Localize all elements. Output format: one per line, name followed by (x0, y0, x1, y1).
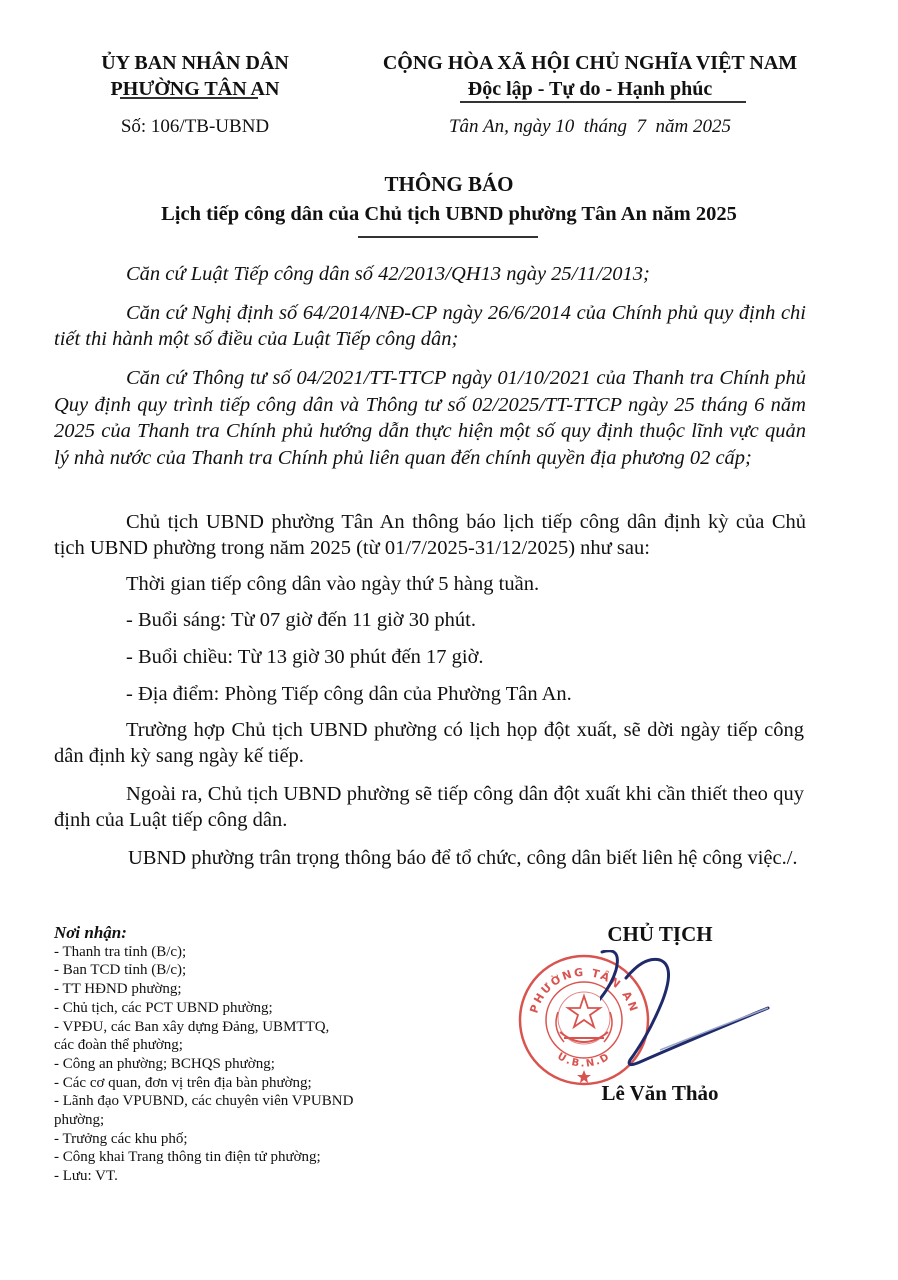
schedule-morning: - Buổi sáng: Từ 07 giờ đến 11 giờ 30 phú… (126, 608, 476, 632)
recipient-item: các đoàn thể phường; (54, 1036, 454, 1055)
schedule-location: - Địa điểm: Phòng Tiếp công dân của Phườ… (126, 682, 572, 706)
announcement-text: Chủ tịch UBND phường Tân An thông báo lị… (54, 509, 806, 561)
recipient-item: - TT HĐND phường; (54, 980, 454, 999)
schedule-time: Thời gian tiếp công dân vào ngày thứ 5 h… (126, 572, 539, 596)
recipient-item: - Ban TCD tỉnh (B/c); (54, 961, 454, 980)
postponement-paragraph: Trường hợp Chủ tịch UBND phường có lịch … (54, 717, 804, 769)
recipient-item: phường; (54, 1111, 454, 1130)
agency-line-1: ỦY BAN NHÂN DÂN (60, 50, 330, 76)
issuing-agency: ỦY BAN NHÂN DÂN PHƯỜNG TÂN AN (60, 50, 330, 102)
document-number: Số: 106/TB-UBND (60, 116, 330, 138)
recipient-item: - Trưởng các khu phố; (54, 1130, 454, 1149)
recipient-item: - Lãnh đạo VPUBND, các chuyên viên VPUBN… (54, 1092, 454, 1111)
recipient-item: - Lưu: VT. (54, 1167, 454, 1186)
schedule-afternoon: - Buổi chiều: Từ 13 giờ 30 phút đến 17 g… (126, 645, 484, 669)
recipient-item: - Công khai Trang thông tin điện tử phườ… (54, 1148, 454, 1167)
document-subtitle: Lịch tiếp công dân của Chủ tịch UBND phư… (0, 203, 898, 226)
signer-name: Lê Văn Thảo (560, 1081, 760, 1106)
motto-underline (460, 101, 746, 103)
motto: Độc lập - Tự do - Hạnh phúc (345, 76, 835, 102)
ad-hoc-paragraph: Ngoài ra, Chủ tịch UBND phường sẽ tiếp c… (54, 781, 804, 833)
recipient-item: - VPĐU, các Ban xây dựng Đảng, UBMTTQ, (54, 1018, 454, 1037)
place-date: Tân An, ngày 10 tháng 7 năm 2025 (345, 116, 835, 138)
signer-position: CHỦ TỊCH (560, 922, 760, 947)
legal-basis-3: Căn cứ Thông tư số 04/2021/TT-TTCP ngày … (54, 365, 806, 471)
closing-paragraph: UBND phường trân trọng thông báo để tổ c… (54, 845, 806, 871)
agency-underline (120, 97, 258, 99)
recipient-item: - Công an phường; BCHQS phường; (54, 1055, 454, 1074)
handwritten-signature-icon (600, 950, 770, 1070)
title-underline (358, 236, 538, 238)
document-title: THÔNG BÁO (0, 172, 898, 197)
recipient-item: - Chủ tịch, các PCT UBND phường; (54, 999, 454, 1018)
recipients-title: Nơi nhận: (54, 924, 454, 943)
recipient-item: - Thanh tra tỉnh (B/c); (54, 943, 454, 962)
country-name: CỘNG HÒA XÃ HỘI CHỦ NGHĨA VIỆT NAM (345, 50, 835, 76)
recipients-list: Nơi nhận: - Thanh tra tỉnh (B/c); - Ban … (54, 924, 454, 1186)
legal-basis-2: Căn cứ Nghị định số 64/2014/NĐ-CP ngày 2… (54, 300, 806, 352)
legal-basis-1: Căn cứ Luật Tiếp công dân số 42/2013/QH1… (54, 262, 806, 287)
recipient-item: - Các cơ quan, đơn vị trên địa bàn phườn… (54, 1074, 454, 1093)
national-motto: CỘNG HÒA XÃ HỘI CHỦ NGHĨA VIỆT NAM Độc l… (345, 50, 835, 102)
